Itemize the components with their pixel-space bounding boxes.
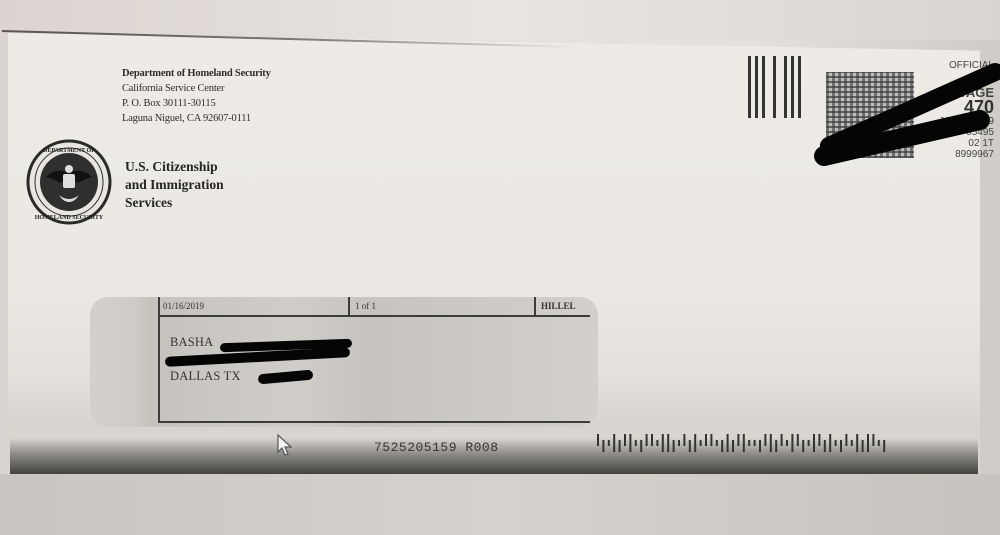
return-address-line: Laguna Niguel, CA 92607-0111 [122,111,271,126]
return-address-line: California Service Center [122,81,271,96]
mail-code: HILLEL [538,297,576,315]
mouse-pointer-icon [276,433,294,457]
header-divider [534,297,536,315]
dhs-seal-icon: DEPARTMENT OF HOMELAND SECURITY [26,139,112,225]
agency-name-line: Services [125,194,224,212]
page-count: 1 of 1 [352,297,376,315]
indicia-line: 8999967 [926,149,994,160]
return-address: Department of Homeland Security Californ… [122,66,271,126]
agency-name-line: and Immigration [125,176,224,194]
tracking-code: 7525205159 R008 [374,440,499,455]
return-address-line: P. O. Box 30111-30115 [122,96,271,111]
agency-name-line: U.S. Citizenship [125,158,224,176]
header-divider [348,297,350,315]
desk-surface [0,474,1000,535]
agency-name: U.S. Citizenship and Immigration Service… [125,158,224,212]
form-header: 01/16/2019 1 of 1 HILLEL [160,297,590,317]
facing-identification-marks [748,56,806,118]
svg-text:DEPARTMENT OF: DEPARTMENT OF [43,148,95,154]
return-address-line: Department of Homeland Security [122,66,271,81]
svg-text:HOMELAND SECURITY: HOMELAND SECURITY [35,215,104,221]
notice-date: 01/16/2019 [160,297,204,315]
intelligent-mail-barcode [595,434,895,452]
addressee-city-state: DALLAS TX [170,369,241,384]
addressee-name: BASHA [170,335,213,350]
